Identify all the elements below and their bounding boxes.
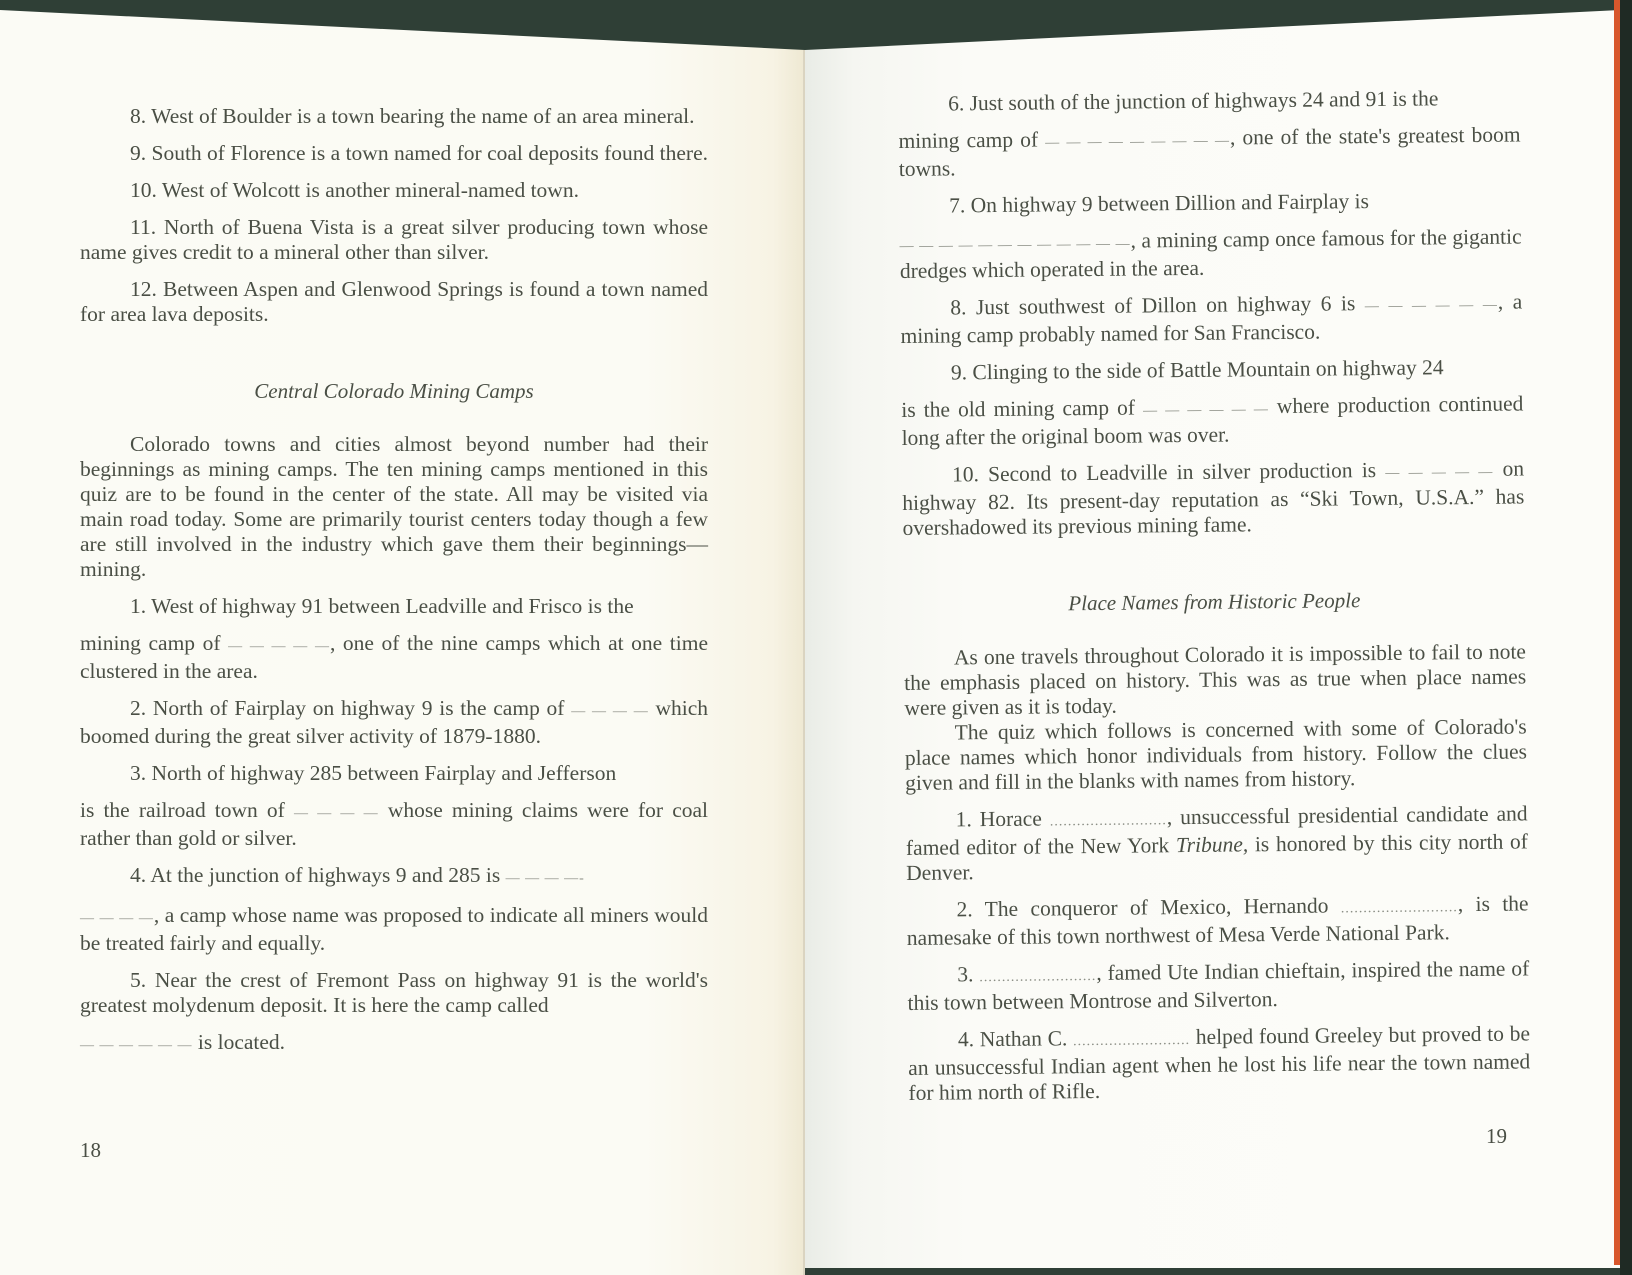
answer-blank[interactable]: .......................... [1050, 813, 1167, 829]
answer-blank[interactable]: — — — — — — — — — [1045, 134, 1230, 151]
book-gutter [803, 50, 805, 1275]
right-text-column: 6. Just south of the junction of highway… [898, 85, 1531, 1117]
answer-blank[interactable]: — — — — — — [1365, 298, 1498, 314]
quiz-item-1: 1. West of highway 91 between Leadville … [80, 594, 708, 684]
quiz-item-4: 4. At the junction of highways 9 and 285… [80, 863, 708, 956]
quiz-item-3: 3. North of highway 285 between Fairplay… [80, 761, 708, 851]
quiz-item-7: 7. On highway 9 between Dillion and Fair… [899, 187, 1522, 284]
answer-blank[interactable]: — — — — — [228, 639, 330, 654]
book-spread: 8. West of Boulder is a town bearing the… [0, 0, 1632, 1275]
quiz-item-2: 2. North of Fairplay on highway 9 is the… [80, 696, 708, 749]
section-intro: Colorado towns and cities almost beyond … [80, 432, 708, 582]
answer-blank[interactable]: .......................... [979, 969, 1096, 985]
history-item-3: 3. .........................., famed Ute… [907, 956, 1530, 1016]
section-heading: Central Colorado Mining Camps [80, 379, 708, 404]
answer-blank[interactable]: — — — — [571, 704, 649, 719]
answer-blank[interactable]: — — — — — [1385, 465, 1493, 481]
quiz-item-8-right: 8. Just southwest of Dillon on highway 6… [900, 289, 1523, 349]
quiz-item-10-right: 10. Second to Leadville in silver produc… [902, 456, 1525, 541]
quiz-item-6: 6. Just south of the junction of highway… [898, 85, 1521, 182]
background-edge [1620, 0, 1632, 1275]
section-intro-1: As one travels throughout Colorado it is… [904, 639, 1527, 721]
answer-blank[interactable]: — — — — — — [80, 1038, 193, 1053]
history-item-2: 2. The conqueror of Mexico, Hernando ...… [906, 891, 1529, 951]
quiz-item-9: 9. South of Florence is a town named for… [80, 141, 708, 166]
quiz-item-11: 11. North of Buena Vista is a great silv… [80, 215, 708, 265]
answer-blank[interactable]: — — — — — — — — — — — — [900, 237, 1131, 254]
quiz-item-5: 5. Near the crest of Fremont Pass on hig… [80, 968, 708, 1058]
section-intro-2: The quiz which follows is concerned with… [905, 714, 1528, 796]
answer-blank[interactable]: — — — — [80, 911, 154, 926]
history-item-1: 1. Horace .........................., un… [905, 801, 1528, 886]
quiz-item-10: 10. West of Wolcott is another mineral-n… [80, 178, 708, 203]
answer-blank[interactable]: — — — — — — [1143, 402, 1269, 418]
history-item-4: 4. Nathan C. .......................... … [908, 1021, 1531, 1106]
answer-blank[interactable]: — — — —- [506, 871, 585, 886]
left-text-column: 8. West of Boulder is a town bearing the… [80, 104, 708, 1070]
page-number-right: 19 [1486, 1124, 1507, 1149]
quiz-item-8: 8. West of Boulder is a town bearing the… [80, 104, 708, 129]
page-number-left: 18 [80, 1138, 101, 1163]
section-heading: Place Names from Historic People [903, 586, 1525, 618]
answer-blank[interactable]: .......................... [1073, 1033, 1190, 1049]
answer-blank[interactable]: — — — — [294, 806, 379, 821]
answer-blank[interactable]: .......................... [1341, 900, 1458, 916]
quiz-item-12: 12. Between Aspen and Glenwood Springs i… [80, 277, 708, 327]
quiz-item-9-right: 9. Clinging to the side of Battle Mounta… [901, 354, 1524, 451]
